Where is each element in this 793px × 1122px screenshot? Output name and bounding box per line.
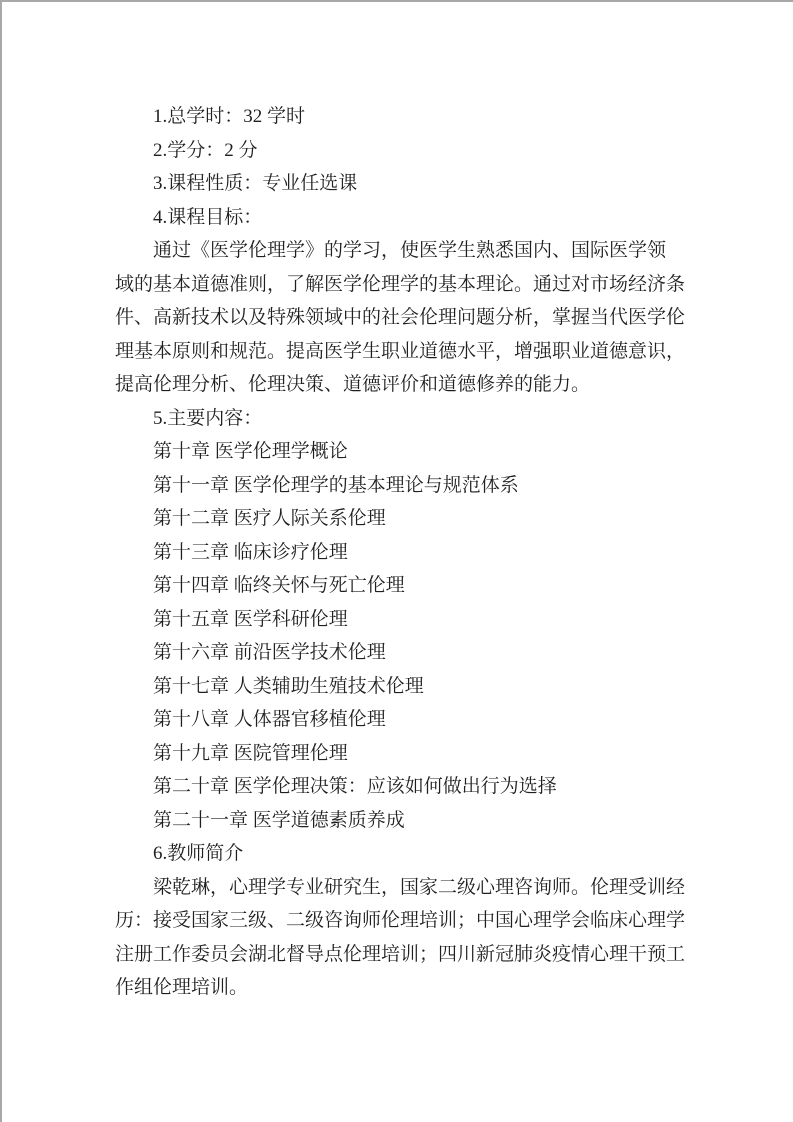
text-line: 第十五章 医学科研伦理 bbox=[115, 603, 693, 637]
text-line: 第二十一章 医学道德素质养成 bbox=[115, 804, 693, 838]
text-line: 第十二章 医疗人际关系伦理 bbox=[115, 502, 693, 536]
document-page: 1.总学时：32 学时2.学分：2 分3.课程性质：专业任选课4.课程目标：通过… bbox=[0, 0, 793, 1122]
text-line: 1.总学时：32 学时 bbox=[115, 100, 693, 134]
text-line: 2.学分：2 分 bbox=[115, 134, 693, 168]
text-line: 第十九章 医院管理伦理 bbox=[115, 737, 693, 771]
text-line: 第十八章 人体器官移植伦理 bbox=[115, 703, 693, 737]
text-line: 作组伦理培训。 bbox=[115, 971, 693, 1005]
text-line: 域的基本道德准则，了解医学伦理学的基本理论。通过对市场经济条 bbox=[115, 268, 693, 302]
text-line: 第十章 医学伦理学概论 bbox=[115, 435, 693, 469]
text-line: 提高伦理分析、伦理决策、道德评价和道德修养的能力。 bbox=[115, 368, 693, 402]
text-line: 件、高新技术以及特殊领域中的社会伦理问题分析，掌握当代医学伦 bbox=[115, 301, 693, 335]
text-line: 3.课程性质：专业任选课 bbox=[115, 167, 693, 201]
text-line: 历：接受国家三级、二级咨询师伦理培训；中国心理学会临床心理学 bbox=[115, 904, 693, 938]
text-line: 第十六章 前沿医学技术伦理 bbox=[115, 636, 693, 670]
text-line: 注册工作委员会湖北督导点伦理培训；四川新冠肺炎疫情心理干预工 bbox=[115, 938, 693, 972]
text-line: 第十四章 临终关怀与死亡伦理 bbox=[115, 569, 693, 603]
text-line: 6.教师简介 bbox=[115, 837, 693, 871]
text-line: 第十三章 临床诊疗伦理 bbox=[115, 536, 693, 570]
course-outline-text: 1.总学时：32 学时2.学分：2 分3.课程性质：专业任选课4.课程目标：通过… bbox=[115, 100, 693, 1005]
text-line: 4.课程目标： bbox=[115, 201, 693, 235]
text-line: 梁乾琳，心理学专业研究生，国家二级心理咨询师。伦理受训经 bbox=[115, 871, 693, 905]
text-line: 第二十章 医学伦理决策：应该如何做出行为选择 bbox=[115, 770, 693, 804]
text-line: 理基本原则和规范。提高医学生职业道德水平，增强职业道德意识， bbox=[115, 335, 693, 369]
text-line: 5.主要内容： bbox=[115, 402, 693, 436]
text-line: 第十七章 人类辅助生殖技术伦理 bbox=[115, 670, 693, 704]
text-line: 通过《医学伦理学》的学习，使医学生熟悉国内、国际医学领 bbox=[115, 234, 693, 268]
text-line: 第十一章 医学伦理学的基本理论与规范体系 bbox=[115, 469, 693, 503]
